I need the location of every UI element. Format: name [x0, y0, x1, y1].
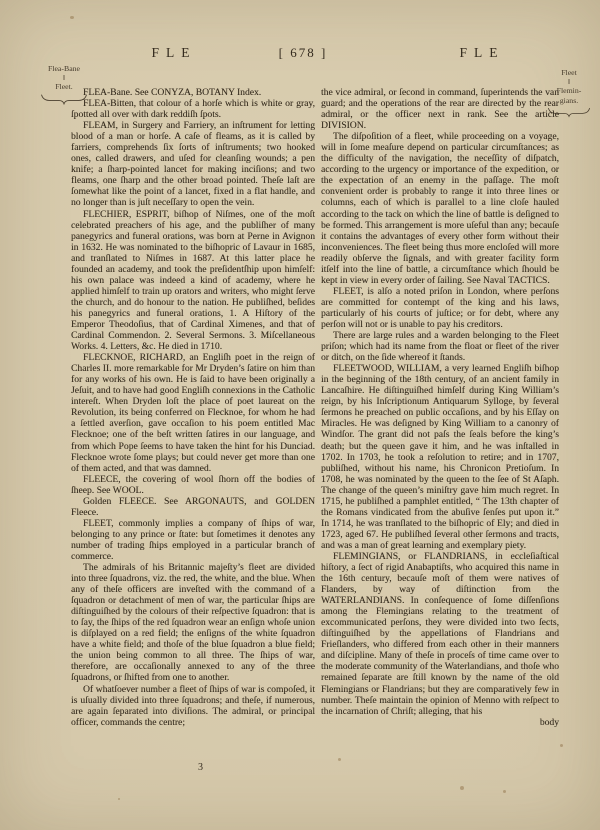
page-number: [ 678 ] [279, 45, 328, 61]
running-title-left: FLE [151, 45, 196, 61]
catchword: body [321, 717, 559, 728]
press-figure: 3 [198, 762, 203, 773]
entry-flemingians: FLEMINGIANS, or FLANDRIANS, in eccleſiaſ… [321, 551, 559, 717]
paragraph-fleet-disposition: The diſpoſition of a fleet, while procee… [321, 131, 559, 286]
entry-golden-fleece: Golden FLEECE. See ARGONAUTS, and GOLDEN… [71, 496, 315, 518]
foxing-spot [70, 16, 74, 19]
parallel-bars-glyph: ‖ [28, 73, 100, 82]
margin-note-line: Fleet [541, 68, 597, 77]
foxing-spot [460, 786, 464, 790]
entry-fleetwood: FLEETWOOD, WILLIAM, a very learned Engli… [321, 363, 559, 551]
book-page: FLE [ 678 ] FLE Flea-Bane ‖ Fleet. Fleet… [0, 0, 600, 830]
margin-note-line: Flea-Bane [28, 64, 100, 73]
entry-fleece: FLEECE, the covering of wool ſhorn off t… [71, 474, 315, 496]
paragraph-fleet-squadrons: The admirals of his Britannic majeſty’s … [71, 562, 315, 684]
paragraph-fleet-divisions: Of whatſoever number a fleet of ſhips of… [71, 684, 315, 728]
entry-fleet-prison: FLEET, is alſo a noted priſon in London,… [321, 286, 559, 330]
paragraph-fleet-prison-warden: There are large rules and a warden belon… [321, 330, 559, 363]
entry-flea-bitten: FLEA-Bitten, that colour of a horſe whic… [71, 98, 315, 120]
paragraph-fleet-continuation: the vice admiral, or ſecond in command, … [321, 87, 559, 131]
running-title-right: FLE [459, 45, 504, 61]
entry-flechier: FLECHIER, ESPRIT, biſhop of Niſmes, one … [71, 209, 315, 353]
text-column-right: the vice admiral, or ſecond in command, … [321, 87, 559, 728]
parallel-bars-glyph: ‖ [541, 77, 597, 86]
foxing-spot [560, 744, 563, 747]
entry-flea-bane: FLEA-Bane. See CONYZA, BOTANY Index. [71, 87, 315, 98]
foxing-spot [338, 758, 341, 761]
entry-fleam: FLEAM, in Surgery and Farriery, an inſtr… [71, 120, 315, 208]
entry-fleet: FLEET, commonly implies a company of ſhi… [71, 518, 315, 562]
text-column-left: FLEA-Bane. See CONYZA, BOTANY Index. FLE… [71, 87, 315, 728]
foxing-spot [503, 790, 506, 793]
entry-flecknoe: FLECKNOE, RICHARD, an Engliſh poet in th… [71, 352, 315, 474]
foxing-spot [254, 126, 256, 128]
foxing-spot [118, 798, 120, 800]
